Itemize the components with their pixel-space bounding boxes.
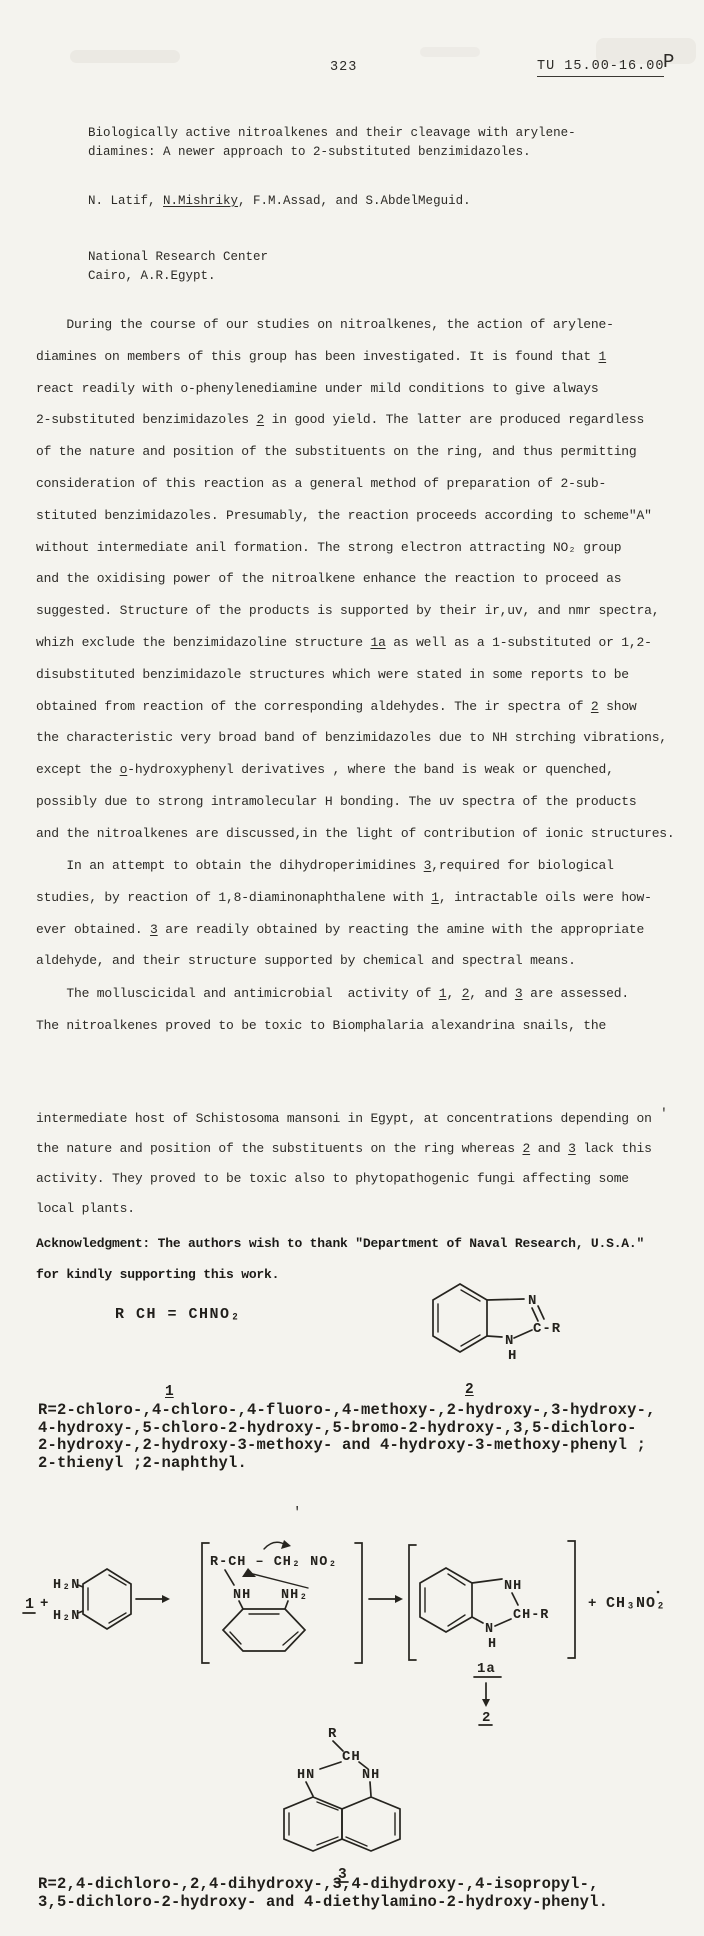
text-line: 4-hydroxy-,5-chloro-2-hydroxy-,5-bromo-2… <box>38 1420 656 1438</box>
stray-mark: ' <box>293 1505 301 1521</box>
text-line: The nitroalkenes proved to be toxic to B… <box>36 1010 629 1042</box>
perimidine-r: R <box>328 1726 337 1742</box>
perimidine-ch: CH <box>342 1749 361 1765</box>
plus-sign: + <box>40 1596 49 1612</box>
authors: N. Latif, N.Mishriky, F.M.Assad, and S.A… <box>88 192 471 211</box>
stray-mark: ' <box>660 1106 668 1121</box>
text-line: 2-hydroxy-,2-hydroxy-3-methoxy- and 4-hy… <box>38 1437 656 1455</box>
text-line: possibly due to strong intramolecular H … <box>36 786 675 818</box>
atom-c-r: C-R <box>533 1321 561 1337</box>
text-line: consideration of this reaction as a gene… <box>36 468 675 500</box>
text-line: aldehyde, and their structure supported … <box>36 945 652 977</box>
scan-smudge <box>70 50 180 63</box>
adduct-nh: NH <box>504 1579 522 1594</box>
text-line: suggested. Structure of the products is … <box>36 595 675 627</box>
text-line: except the o-hydroxyphenyl derivatives ,… <box>36 754 675 786</box>
scheme-a: 1 + H₂N H₂N R-CH – CH₂ NO₂ NH NH₂ <box>12 1533 692 1733</box>
structure-perimidine: R CH HN NH 3 <box>240 1718 415 1886</box>
paragraph-3: The molluscicidal and antimicrobial acti… <box>36 978 629 1042</box>
intermediate-nh2: NH₂ <box>281 1588 308 1603</box>
atom-n-bottom: N <box>505 1333 514 1349</box>
text-line: During the course of our studies on nitr… <box>36 309 675 341</box>
page-number: 323 <box>330 60 357 75</box>
abstract-title: Biologically active nitroalkenes and the… <box>88 124 576 161</box>
text-line: Cairo, A.R.Egypt. <box>88 267 268 286</box>
perimidine-hn: HN <box>297 1768 315 1783</box>
text-line: and the oxidising power of the nitroalke… <box>36 563 675 595</box>
paragraph-4: intermediate host of Schistosoma mansoni… <box>36 1104 652 1224</box>
label-1a: 1a <box>477 1661 496 1677</box>
text-line: R=2,4-dichloro-,2,4-dihydroxy-,3,4-dihyd… <box>38 1876 608 1894</box>
adduct-h: H <box>488 1637 497 1652</box>
perimidine-nh: NH <box>362 1768 380 1783</box>
intermediate-chain: R-CH – CH₂ NO₂ <box>210 1555 337 1570</box>
text-line: activity. They proved to be toxic also t… <box>36 1164 652 1194</box>
text-line: Acknowledgment: The authors wish to than… <box>36 1229 644 1260</box>
text-line: the nature and position of the substitue… <box>36 1134 652 1164</box>
text-line: National Research Center <box>88 248 268 267</box>
atom-n-top: N <box>528 1293 537 1309</box>
session-track: P <box>663 51 674 73</box>
text-line: diamines on members of this group has be… <box>36 341 675 373</box>
plus-sign-2: + <box>588 1596 597 1612</box>
session-time: TU 15.00-16.00 <box>537 59 664 77</box>
compound-label-2: 2 <box>465 1382 474 1398</box>
text-line: The molluscicidal and antimicrobial acti… <box>36 978 629 1010</box>
affiliation: National Research CenterCairo, A.R.Egypt… <box>88 248 268 285</box>
scanned-abstract-page: 323 TU 15.00-16.00 P Biologically active… <box>0 0 704 1936</box>
text-line: 3,5-dichloro-2-hydroxy- and 4-diethylami… <box>38 1894 608 1912</box>
compound-label-1: 1 <box>165 1384 174 1400</box>
paragraph-2: In an attempt to obtain the dihydroperim… <box>36 850 652 977</box>
adduct-n: N <box>485 1622 494 1637</box>
text-line: Biologically active nitroalkenes and the… <box>88 124 576 143</box>
r-substituents-list-1: R=2-chloro-,4-chloro-,4-fluoro-,4-methox… <box>38 1402 656 1472</box>
formula-nitroalkene: R CH = CHNO₂ <box>115 1306 241 1323</box>
text-line: N. Latif, N.Mishriky, F.M.Assad, and S.A… <box>88 192 471 211</box>
text-line: disubstituted benzimidazole structures w… <box>36 659 675 691</box>
text-line: obtained from reaction of the correspond… <box>36 691 675 723</box>
text-line: without intermediate anil formation. The… <box>36 532 675 564</box>
text-line: local plants. <box>36 1194 652 1224</box>
amine-top-label: H₂N <box>53 1578 80 1593</box>
text-line: In an attempt to obtain the dihydroperim… <box>36 850 652 882</box>
text-line: R=2-chloro-,4-chloro-,4-fluoro-,4-methox… <box>38 1402 656 1420</box>
r-substituents-list-2: R=2,4-dichloro-,2,4-dihydroxy-,3,4-dihyd… <box>38 1876 608 1911</box>
intermediate-nh: NH <box>233 1588 251 1603</box>
paragraph-1: During the course of our studies on nitr… <box>36 309 675 850</box>
text-line: and the nitroalkenes are discussed,in th… <box>36 818 675 850</box>
text-line: 2-thienyl ;2-naphthyl. <box>38 1455 656 1473</box>
adduct-ch-r: CH-R <box>513 1608 549 1623</box>
text-line: react readily with o-phenylenediamine un… <box>36 373 675 405</box>
text-line: the characteristic very broad band of be… <box>36 722 675 754</box>
text-line: diamines: A newer approach to 2-substitu… <box>88 143 576 162</box>
scheme-reactant-label: 1 <box>25 1596 35 1613</box>
text-line: 2-substituted benzimidazoles 2 in good y… <box>36 404 675 436</box>
text-line: of the nature and position of the substi… <box>36 436 675 468</box>
amine-bottom-label: H₂N <box>53 1609 80 1624</box>
byproduct-formula: CH₃NO₂ <box>606 1595 666 1612</box>
text-line: ever obtained. 3 are readily obtained by… <box>36 914 652 946</box>
text-line: studies, by reaction of 1,8-diaminonapht… <box>36 882 652 914</box>
text-line: whizh exclude the benzimidazoline struct… <box>36 627 675 659</box>
text-line: stituted benzimidazoles. Presumably, the… <box>36 500 675 532</box>
text-line: intermediate host of Schistosoma mansoni… <box>36 1104 652 1134</box>
scan-smudge <box>420 47 480 57</box>
label-2-final: 2 <box>482 1710 491 1726</box>
atom-h: H <box>508 1348 517 1362</box>
structure-benzimidazole: N C-R N H <box>352 1278 582 1362</box>
